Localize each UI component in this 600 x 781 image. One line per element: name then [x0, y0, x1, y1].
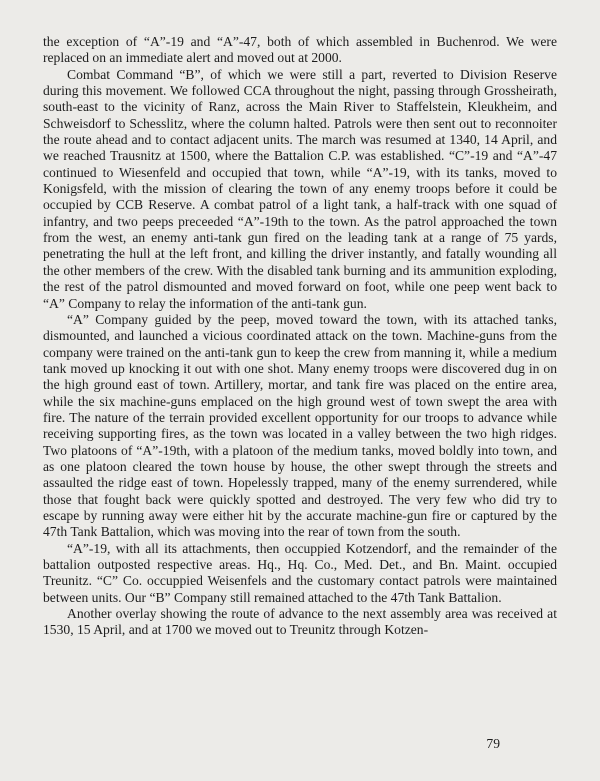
paragraph-kotzendorf: “A”-19, with all its attachments, then o…	[43, 541, 557, 606]
page-number: 79	[480, 736, 500, 752]
paragraph-overlay: Another overlay showing the route of adv…	[43, 606, 557, 639]
paragraph-continuation: the exception of “A”-19 and “A”-47, both…	[43, 34, 557, 67]
document-body: the exception of “A”-19 and “A”-47, both…	[43, 34, 557, 639]
paragraph-a-company-attack: “A” Company guided by the peep, moved to…	[43, 312, 557, 541]
paragraph-combat-command-b: Combat Command “B”, of which we were sti…	[43, 67, 557, 312]
